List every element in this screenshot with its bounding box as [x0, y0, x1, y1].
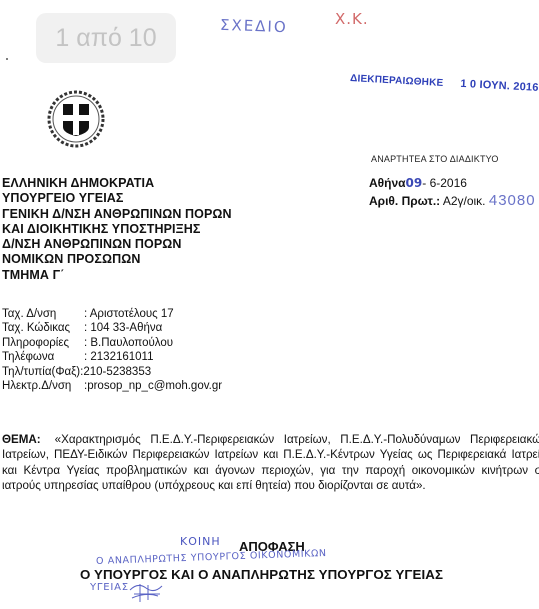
- subject-label: ΘΕΜΑ:: [2, 433, 41, 446]
- handwritten-initials: Χ.Κ.: [335, 10, 369, 28]
- subject-text: «Χαρακτηρισμός Π.Ε.Δ.Υ.-Περιφερειακών Ια…: [2, 433, 539, 492]
- authority-line: ΥΠΟΥΡΓΕΙΟ ΥΓΕΙΑΣ: [2, 191, 232, 206]
- contact-value: : 2132161011: [84, 350, 154, 364]
- scan-speck: [6, 58, 8, 60]
- posting-label: ΑΝΑΡΤΗΤΕΑ ΣΤΟ ΔΙΑΔΙΚΤΥΟ: [371, 154, 499, 164]
- contact-row: Ταχ. Δ/νση: Αριστοτέλους 17: [2, 307, 222, 321]
- contact-label: Πληροφορίες: [2, 336, 84, 350]
- contact-label: Τηλέφωνα: [2, 350, 84, 364]
- stamp-label: ΔΙΕΚΠΕΡΑΙΩΘΗΚΕ: [350, 73, 444, 89]
- authority-line: ΚΑΙ ΔΙΟΙΚΗΤΙΚΗΣ ΥΠΟΣΤΗΡΙΞΗΣ: [2, 222, 232, 237]
- contact-label: Ταχ. Δ/νση: [2, 307, 84, 321]
- authority-line: ΕΛΛΗΝΙΚΗ ΔΗΜΟΚΡΑΤΙΑ: [2, 176, 232, 191]
- contact-value: :prosop_np_c@moh.gov.gr: [84, 379, 222, 393]
- handwritten-draft-note: ΣΧΕΔΙΟ: [220, 16, 288, 36]
- contact-value: : Β.Παυλοπούλου: [84, 336, 173, 350]
- issuing-authority: ΕΛΛΗΝΙΚΗ ΔΗΜΟΚΡΑΤΙΑ ΥΠΟΥΡΓΕΙΟ ΥΓΕΙΑΣ ΓΕΝ…: [2, 176, 232, 283]
- protocol-prefix: Α2γ/οικ.: [443, 194, 486, 208]
- contact-label: Ηλεκτρ.Δ/νση: [2, 379, 84, 393]
- date-label: Αθήνα: [369, 176, 406, 190]
- contact-label: Τηλ/τυπία(Φαξ): [2, 365, 80, 379]
- contact-value: :210-5238353: [80, 365, 151, 379]
- contact-value: : 104 33-Αθήνα: [84, 321, 162, 335]
- contact-details: Ταχ. Δ/νση: Αριστοτέλους 17 Ταχ. Κώδικας…: [2, 307, 222, 393]
- date-protocol-block: Αθήνα09- 6-2016 Αριθ. Πρωτ.: Α2γ/οικ. 43…: [369, 175, 536, 210]
- contact-label: Ταχ. Κώδικας: [2, 321, 84, 335]
- subject-paragraph: ΘΕΜΑ:«Χαρακτηρισμός Π.Ε.Δ.Υ.-Περιφερειακ…: [2, 432, 539, 494]
- dispatch-stamp: ΔΙΕΚΠΕΡΑΙΩΘΗΚΕ 1 0 ΙΟΥΝ. 2016: [350, 72, 539, 94]
- handwritten-health-note: ΥΓΕΙΑΣ: [90, 582, 129, 593]
- protocol-number: 43080: [489, 192, 536, 209]
- authority-line: Δ/ΝΣΗ ΑΝΘΡΩΠΙΝΩΝ ΠΟΡΩΝ: [2, 237, 232, 252]
- handwritten-koini-note: ΚΟΙΝΗ: [180, 535, 221, 548]
- date-handwritten-day: 09: [406, 176, 423, 190]
- handwritten-scribble-icon: [128, 580, 164, 604]
- authority-line: ΓΕΝΙΚΗ Δ/ΝΣΗ ΑΝΘΡΩΠΙΝΩΝ ΠΟΡΩΝ: [2, 207, 232, 222]
- contact-row: Ταχ. Κώδικας: 104 33-Αθήνα: [2, 321, 222, 335]
- greek-coat-of-arms-icon: [46, 89, 106, 149]
- authority-line: ΤΜΗΜΑ Γ΄: [2, 268, 232, 283]
- protocol-label: Αριθ. Πρωτ.:: [369, 194, 440, 208]
- contact-value: : Αριστοτέλους 17: [84, 307, 174, 321]
- contact-row: Ηλεκτρ.Δ/νση:prosop_np_c@moh.gov.gr: [2, 379, 222, 393]
- page-indicator: 1 από 10: [36, 13, 176, 63]
- contact-row: Πληροφορίες: Β.Παυλοπούλου: [2, 336, 222, 350]
- handwritten-deputy-finance-note: Ο ΑΝΑΠΛΗΡΩΤΗΣ ΥΠΟΥΡΓΟΣ ΟΙΚΟΝΟΜΙΚΩΝ: [96, 548, 327, 567]
- contact-row: Τηλ/τυπία(Φαξ):210-5238353: [2, 365, 222, 379]
- protocol-line: Αριθ. Πρωτ.: Α2γ/οικ. 43080: [369, 192, 536, 210]
- authority-line: ΝΟΜΙΚΩΝ ΠΡΟΣΩΠΩΝ: [2, 252, 232, 267]
- stamp-date: 1 0 ΙΟΥΝ. 2016: [460, 78, 539, 94]
- contact-row: Τηλέφωνα: 2132161011: [2, 350, 222, 364]
- date-rest: - 6-2016: [422, 176, 467, 190]
- date-line: Αθήνα09- 6-2016: [369, 175, 536, 192]
